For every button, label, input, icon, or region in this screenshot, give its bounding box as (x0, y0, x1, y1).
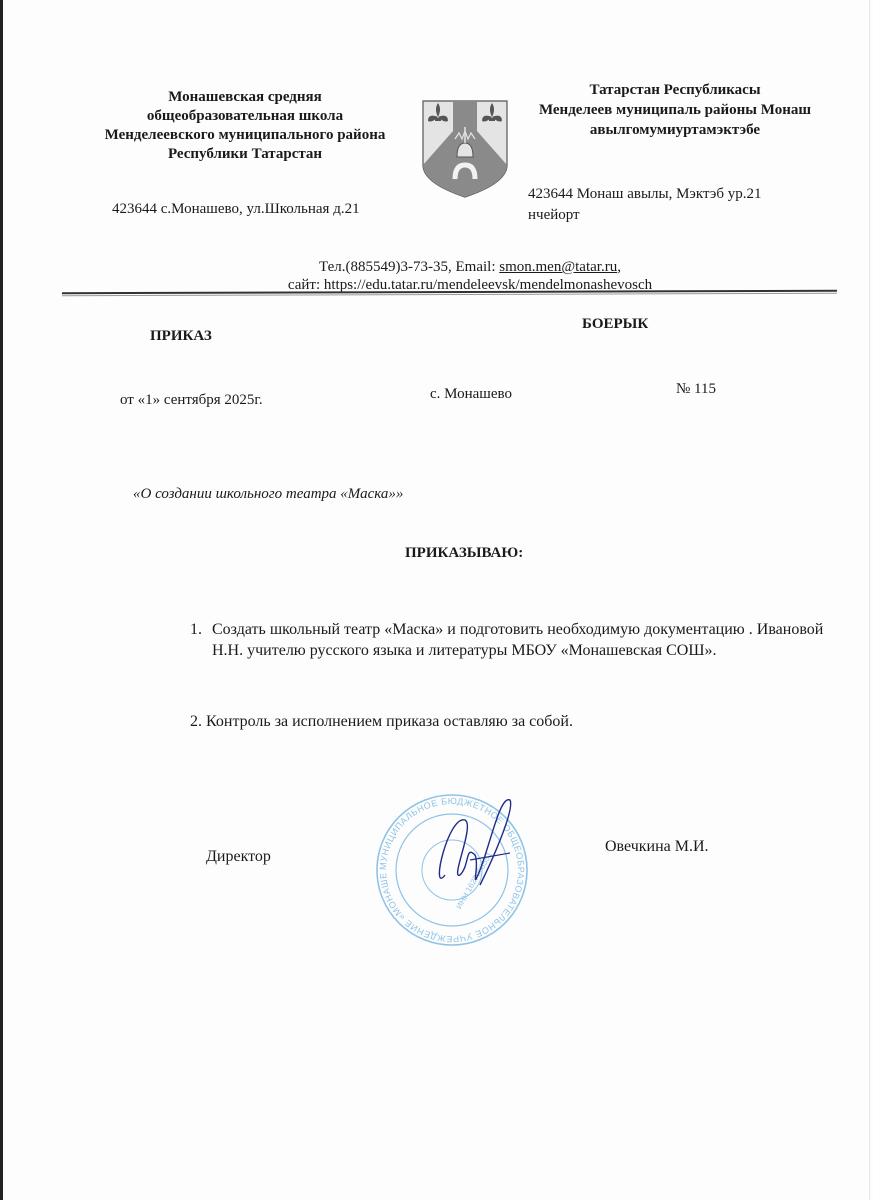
order-item-1: 1. Создать школьный театр «Маска» и подг… (190, 619, 830, 661)
school-name-line: Республики Татарстан (80, 145, 410, 164)
order-date: от «1» сентября 2025г. (120, 392, 263, 409)
order-number: № 115 (676, 381, 716, 398)
email-link[interactable]: smon.men@tatar.ru (499, 259, 617, 275)
official-stamp-icon: МУНИЦИПАЛЬНОЕ БЮДЖЕТНОЕ ОБЩЕОБРАЗОВАТЕЛЬ… (370, 785, 545, 955)
order-place: с. Монашево (430, 386, 512, 403)
school-name-line: Монашевская средняя (80, 88, 410, 107)
school-name-tt: Татарстан Республикасы Менделеев муницип… (515, 80, 835, 140)
school-name-line: Менделеев муниципаль районы Монаш (515, 100, 835, 120)
order-title-ru: ПРИКАЗ (150, 328, 212, 345)
school-name-line: Татарстан Республикасы (515, 80, 835, 100)
item-number: 1. (190, 619, 202, 640)
address-line: 423644 Монаш авылы, Мэктэб ур.21 (528, 184, 828, 205)
school-name-line: общеобразовательная школа (80, 107, 410, 126)
phone-email-line: Тел.(885549)3-73-35, Email: smon.men@tat… (240, 258, 700, 276)
order-title-tt: БОЕРЫК (582, 316, 648, 333)
order-heading: ПРИКАЗЫВАЮ: (405, 545, 523, 562)
phone-text: Тел.(885549)3-73-35, Email: (319, 259, 499, 275)
address-line: нчейорт (528, 205, 828, 226)
coat-of-arms-icon (415, 95, 515, 200)
school-name-ru: Монашевская средняя общеобразовательная … (80, 88, 410, 164)
scan-left-border (0, 0, 3, 1200)
signatory-role: Директор (206, 848, 271, 866)
school-name-line: Менделеевского муниципального района (80, 126, 410, 145)
item-text: Создать школьный театр «Маска» и подгото… (212, 619, 830, 661)
item-text: Контроль за исполнением приказа оставляю… (206, 713, 573, 730)
email-suffix: , (617, 259, 621, 275)
signatory-name: Овечкина М.И. (605, 838, 709, 856)
svg-text:МУНИЦИПАЛЬНОЕ БЮДЖЕТНОЕ ОБЩЕОБ: МУНИЦИПАЛЬНОЕ БЮДЖЕТНОЕ ОБЩЕОБРАЗОВАТЕЛЬ… (370, 785, 526, 944)
order-item-2: 2. Контроль за исполнением приказа остав… (190, 713, 573, 731)
school-address-tt: 423644 Монаш авылы, Мэктэб ур.21 нчейорт (528, 184, 828, 226)
scan-right-border (869, 0, 870, 1200)
contacts-block: Тел.(885549)3-73-35, Email: smon.men@tat… (240, 258, 700, 294)
item-number: 2. (190, 713, 202, 730)
school-name-line: авылгомумиуртамэктэбе (515, 120, 835, 140)
school-address-ru: 423644 с.Монашево, ул.Школьная д.21 (112, 201, 360, 218)
order-subject: «О создании школьного театра «Маска»» (133, 486, 403, 503)
